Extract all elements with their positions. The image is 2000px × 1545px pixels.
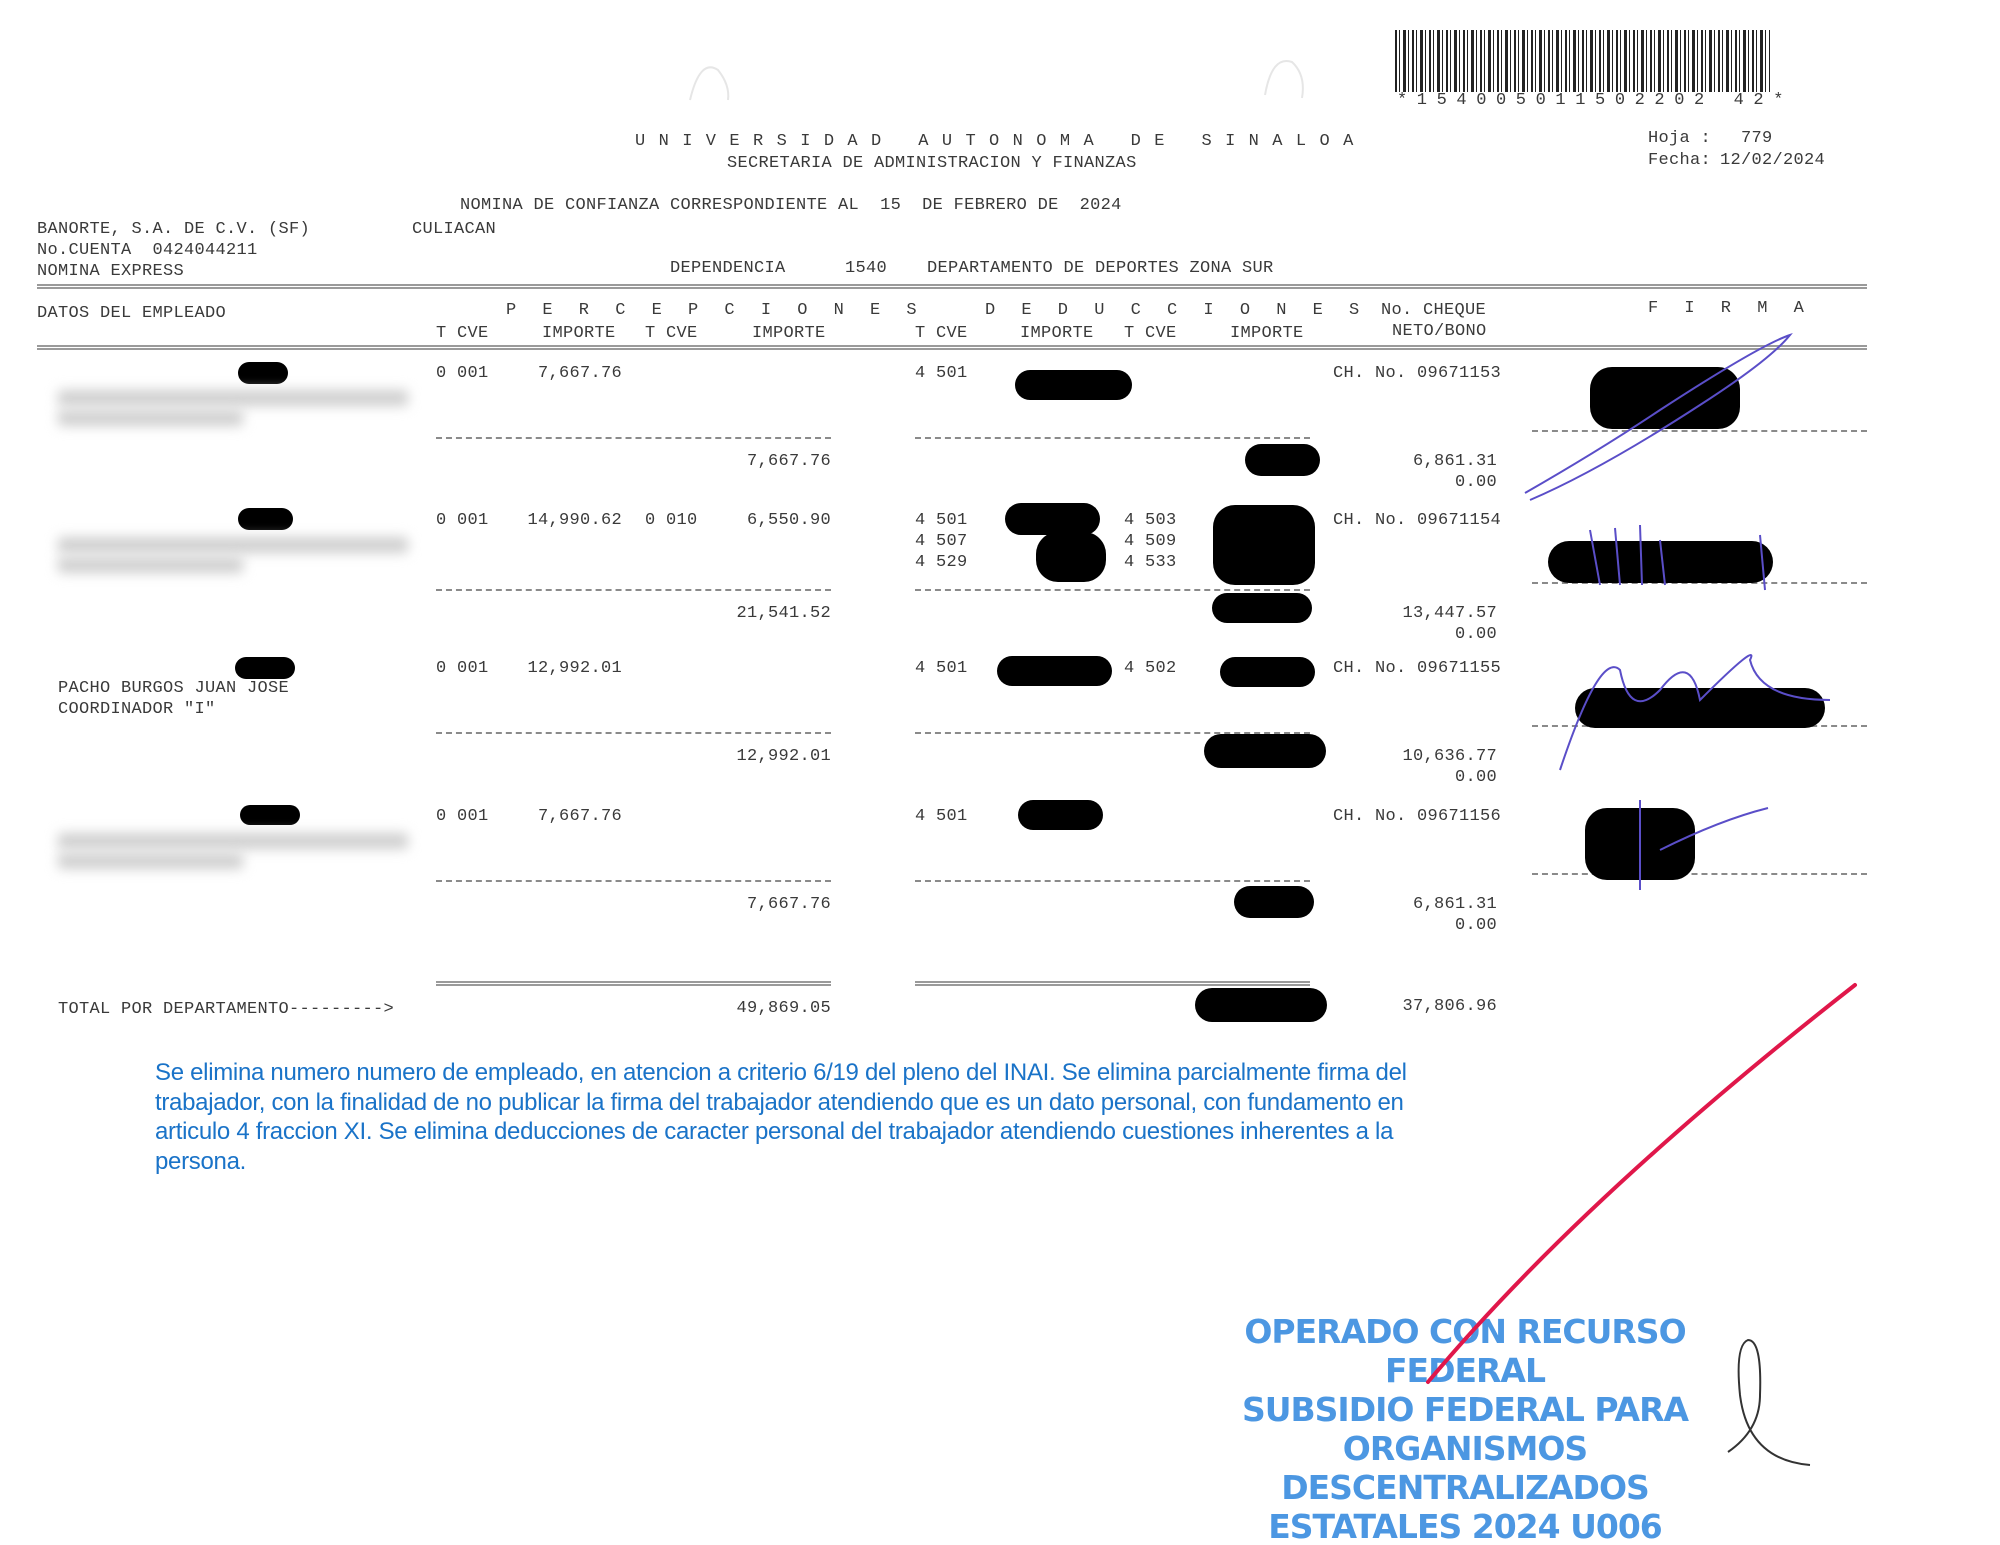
ded-tcve-2: 4 502 [1124, 660, 1177, 677]
header-rule-top [37, 284, 1867, 289]
cheque-number: CH. No. 09671155 [1333, 660, 1501, 677]
dependencia-label: DEPENDENCIA [670, 260, 786, 277]
fecha-label: Fecha: [1648, 152, 1711, 169]
ded-subtotal-rule [915, 589, 1310, 591]
nomina-title: NOMINA DE CONFIANZA CORRESPONDIENTE AL 1… [460, 197, 1122, 214]
col-percepciones: P E R C E P C I O N E S [506, 302, 925, 319]
ded-tcve: 4 507 [915, 533, 968, 550]
perc-subtotal: 7,667.76 [631, 896, 831, 913]
total-label: TOTAL POR DEPARTAMENTO---------> [58, 1001, 394, 1018]
employee-position-blurred [58, 410, 243, 426]
ded-tcve: 4 501 [915, 512, 968, 529]
col-firma: F I R M A [1648, 300, 1812, 317]
employee-name-blurred [58, 390, 408, 406]
redaction-employee-number [238, 362, 288, 384]
redaction-employee-number [238, 508, 293, 530]
perc-subtotal-rule [436, 880, 831, 882]
total-neto: 37,806.96 [1297, 998, 1497, 1015]
total-rule-ded [915, 981, 1310, 986]
perc-importe: 7,667.76 [422, 365, 622, 382]
total-percepciones: 49,869.05 [631, 1000, 831, 1017]
perc-subtotal-rule [436, 589, 831, 591]
perc-importe: 7,667.76 [422, 808, 622, 825]
col-perc-importe-1: IMPORTE [542, 325, 616, 342]
perc-subtotal: 7,667.76 [631, 453, 831, 470]
col-deducciones: D E D U C C I O N E S [985, 302, 1367, 319]
stamp-line-3: ORGANISMOS DESCENTRALIZADOS [1170, 1429, 1760, 1507]
perc-subtotal-rule [436, 732, 831, 734]
redaction-signature [1548, 541, 1773, 583]
cheque-number: CH. No. 09671153 [1333, 365, 1501, 382]
perc-subtotal: 12,992.01 [631, 748, 831, 765]
stamp-line-2: SUBSIDIO FEDERAL PARA [1170, 1390, 1760, 1429]
redaction-deduction-amount [1018, 800, 1103, 830]
col-datos-empleado: DATOS DEL EMPLEADO [37, 305, 226, 322]
barcode-number: *154005011502202 42* [1397, 92, 1793, 109]
nomina-type: NOMINA EXPRESS [37, 263, 184, 280]
ded-subtotal-rule [915, 880, 1310, 882]
dependencia-name: DEPARTAMENTO DE DEPORTES ZONA SUR [927, 260, 1274, 277]
scan-arc-right [1265, 61, 1303, 98]
stamp-line-1: OPERADO CON RECURSO FEDERAL [1170, 1312, 1760, 1390]
account-number: No.CUENTA 0424044211 [37, 242, 258, 259]
employee-position-blurred [58, 853, 243, 869]
ded-tcve: 4 501 [915, 365, 968, 382]
neto-amount: 6,861.31 [1297, 453, 1497, 470]
bono-amount: 0.00 [1297, 626, 1497, 643]
institution-name: U N I V E R S I D A D A U T O N O M A D … [635, 133, 1355, 150]
redaction-deduction-amount [1213, 505, 1315, 585]
signature-line [1532, 430, 1867, 432]
scan-arc-left [690, 67, 728, 100]
ded-tcve-2: 4 533 [1124, 554, 1177, 571]
bono-amount: 0.00 [1297, 474, 1497, 491]
perc-importe: 14,990.62 [422, 512, 622, 529]
ded-tcve: 4 501 [915, 808, 968, 825]
redaction-deduction-amount [997, 656, 1112, 686]
col-neto-bono: NETO/BONO [1392, 323, 1487, 340]
ded-tcve: 4 501 [915, 660, 968, 677]
cheque-number: CH. No. 09671154 [1333, 512, 1501, 529]
ded-subtotal-rule [915, 437, 1310, 439]
cheque-number: CH. No. 09671156 [1333, 808, 1501, 825]
federal-resource-stamp: OPERADO CON RECURSO FEDERAL SUBSIDIO FED… [1170, 1312, 1760, 1545]
city: CULIACAN [412, 221, 496, 238]
employee-position: COORDINADOR "I" [58, 701, 216, 718]
bank-name: BANORTE, S.A. DE C.V. (SF) [37, 221, 310, 238]
header-rule-bottom [37, 345, 1867, 350]
redaction-deduction-amount [1015, 370, 1132, 400]
neto-amount: 13,447.57 [1297, 605, 1497, 622]
bono-amount: 0.00 [1297, 917, 1497, 934]
barcode [1395, 30, 1770, 92]
ded-tcve-2: 4 509 [1124, 533, 1177, 550]
redaction-deduction-amount [1005, 503, 1100, 535]
perc-subtotal-rule [436, 437, 831, 439]
col-no-cheque: No. CHEQUE [1381, 302, 1486, 319]
redaction-deduction-amount [1220, 657, 1315, 687]
fecha-value: 12/02/2024 [1720, 152, 1825, 169]
col-ded-tcve-1: T CVE [915, 325, 968, 342]
ded-tcve: 4 529 [915, 554, 968, 571]
redaction-signature [1585, 808, 1695, 880]
stamp-line-4: ESTATALES 2024 U006 [1170, 1507, 1760, 1545]
redaction-note: Se elimina numero numero de empleado, en… [155, 1058, 1455, 1176]
redaction-signature [1590, 367, 1740, 429]
redaction-employee-number [235, 657, 295, 679]
neto-amount: 10,636.77 [1297, 748, 1497, 765]
dependencia-code: 1540 [845, 260, 887, 277]
perc-subtotal: 21,541.52 [631, 605, 831, 622]
employee-position-blurred [58, 557, 243, 573]
ded-tcve-2: 4 503 [1124, 512, 1177, 529]
col-ded-importe-1: IMPORTE [1020, 325, 1094, 342]
hoja-value: 779 [1741, 130, 1773, 147]
redaction-signature [1575, 688, 1825, 728]
perc-importe: 12,992.01 [422, 660, 622, 677]
secretaria: SECRETARIA DE ADMINISTRACION Y FINANZAS [727, 155, 1137, 172]
employee-name-blurred [58, 537, 408, 553]
col-perc-tcve-2: T CVE [645, 325, 698, 342]
employee-name: PACHO BURGOS JUAN JOSE [58, 680, 289, 697]
redaction-employee-number [240, 805, 300, 825]
col-perc-tcve-1: T CVE [436, 325, 489, 342]
col-ded-tcve-2: T CVE [1124, 325, 1177, 342]
redaction-deduction-amount [1036, 532, 1106, 582]
bono-amount: 0.00 [1297, 769, 1497, 786]
col-ded-importe-2: IMPORTE [1230, 325, 1304, 342]
hoja-label: Hoja : [1648, 130, 1711, 147]
signature-line [1532, 873, 1867, 875]
total-rule-perc [436, 981, 831, 986]
employee-name-blurred [58, 833, 408, 849]
neto-amount: 6,861.31 [1297, 896, 1497, 913]
col-perc-importe-2: IMPORTE [752, 325, 826, 342]
perc-importe-2: 6,550.90 [631, 512, 831, 529]
